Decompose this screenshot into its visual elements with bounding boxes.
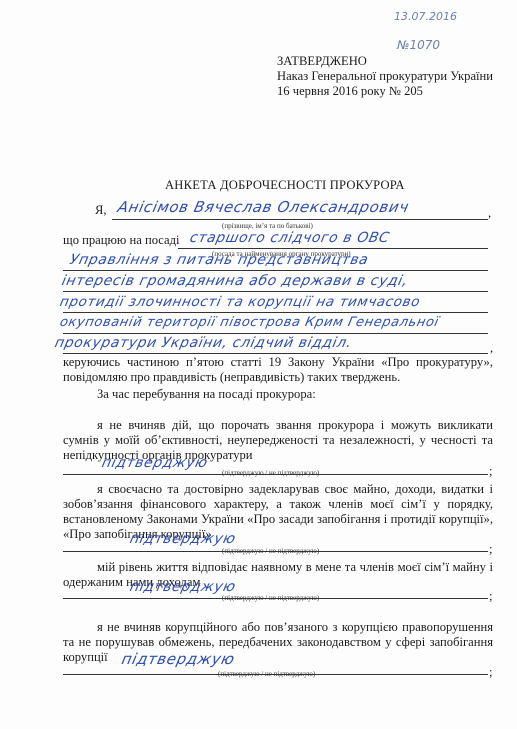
statement-4-suffix: ; <box>489 665 493 680</box>
name-caption: (прізвище, ім’я та по батькові) <box>222 222 313 230</box>
position-line-1[interactable]: старшого слідчого в ОВС <box>188 230 391 246</box>
statement-3-line-1: мій рівень життя відповідає наявному в м… <box>97 560 493 575</box>
registration-date: 13.07.2016 <box>394 10 457 23</box>
registration-number: №1070 <box>397 38 440 52</box>
approval-heading: ЗАТВЕРДЖЕНО <box>277 54 367 69</box>
statement-4-line-1: я не вчиняв корупційного або пов’язаного… <box>97 620 493 635</box>
intro-line-1: керуючись частиною п’ятою статті 19 Зако… <box>63 355 493 370</box>
position-underline-4 <box>63 312 488 313</box>
position-line-2[interactable]: Управління з питань представництва <box>68 252 370 268</box>
statement-1-line-2: сумнів у моїй об’єктивності, неупереджен… <box>63 433 493 448</box>
name-underline <box>112 219 488 220</box>
position-underline-5 <box>63 333 488 334</box>
statement-4-caption: (підтверджую / не підтверджую) <box>218 670 315 678</box>
approval-date: 16 червня 2016 року № 205 <box>277 84 423 99</box>
approval-order: Наказ Генеральної прокуратури України <box>277 69 493 84</box>
statement-3-answer[interactable]: підтверджую <box>128 579 237 595</box>
intro-line-2: повідомляю про правдивість (неправдивіст… <box>63 370 400 385</box>
statement-3-suffix: ; <box>489 589 493 604</box>
position-line-6[interactable]: прокуратури України, слідчий відділ. <box>53 335 353 351</box>
document-page: 13.07.2016 №1070 ЗАТВЕРДЖЕНО Наказ Генер… <box>0 0 517 729</box>
statement-1-line-1: я не вчиняв дій, що порочать звання прок… <box>97 418 493 433</box>
statement-4-answer[interactable]: підтверджую <box>120 650 236 668</box>
statement-2-line-2: зобов’язання фінансового характеру, а та… <box>63 497 493 512</box>
position-underline-6 <box>63 353 488 354</box>
position-underline-1 <box>178 248 488 249</box>
position-line-5[interactable]: окупованій території півострова Крим Ген… <box>58 315 440 330</box>
name-suffix: , <box>488 206 491 221</box>
statement-4-line-3: корупції <box>63 650 108 665</box>
statement-2-suffix: ; <box>489 542 493 557</box>
statement-2-answer[interactable]: підтверджую <box>128 531 237 547</box>
name-field[interactable]: Анісімов Вячеслав Олександрович <box>116 198 411 216</box>
statement-3-caption: (підтверджую / не підтверджую) <box>222 594 319 602</box>
statement-1-suffix: ; <box>489 464 493 479</box>
statement-1-caption: (підтверджую / не підтверджую) <box>222 469 319 477</box>
statement-2-caption: (підтверджую / не підтверджую) <box>222 547 319 555</box>
position-suffix: , <box>490 341 493 356</box>
position-underline-3 <box>63 291 488 292</box>
name-prefix: Я, <box>95 203 107 218</box>
period-heading: За час перебування на посаді прокурора: <box>97 387 316 402</box>
position-line-3[interactable]: інтересів громадянина або держави в суді… <box>60 273 409 289</box>
position-line-4[interactable]: протидії злочинності та корупції на тимч… <box>58 294 421 310</box>
statement-2-line-1: я своєчасно та достовірно задекларував с… <box>97 482 493 497</box>
statement-4-line-2: та не порушував обмежень, передбачених з… <box>63 635 493 650</box>
statement-1-answer[interactable]: підтверджую <box>100 455 209 471</box>
position-underline-2 <box>63 270 488 271</box>
form-title: АНКЕТА ДОБРОЧЕСНОСТІ ПРОКУРОРА <box>165 178 405 193</box>
position-prefix: що працюю на посаді <box>63 233 180 248</box>
statement-2-line-3: встановленому Законами України «Про заса… <box>63 512 493 527</box>
